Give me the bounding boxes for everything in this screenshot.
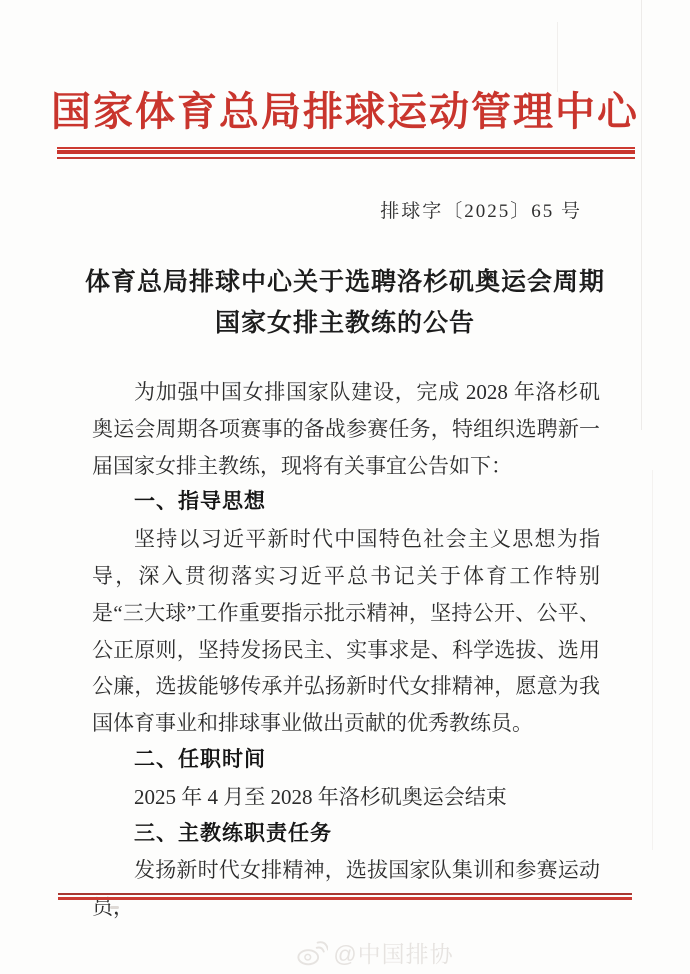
body-paragraph: 为加强中国女排国家队建设，完成 2028 年洛杉矶奥运会周期各项赛事的备战参赛任… xyxy=(92,374,600,484)
section-heading-3: 三、主教练职责任务 xyxy=(92,816,600,853)
weibo-icon xyxy=(296,939,328,966)
section-heading-2: 二、任职时间 xyxy=(92,742,600,779)
body-paragraph: 坚持以习近平新时代中国特色社会主义思想为指导，深入贯彻落实习近平总书记关于体育工… xyxy=(92,521,600,742)
document-number: 排球字〔2025〕65 号 xyxy=(380,196,582,223)
letterhead-org-name: 国家体育总局排球运动管理中心 xyxy=(0,80,690,137)
bottom-red-rule xyxy=(58,893,632,900)
letterhead-red-rule xyxy=(57,147,635,159)
document-body: 为加强中国女排国家队建设，完成 2028 年洛杉矶奥运会周期各项赛事的备战参赛任… xyxy=(92,374,600,926)
document-title: 体育总局排球中心关于选聘洛杉矶奥运会周期 国家女排主教练的公告 xyxy=(45,262,645,344)
watermark: @中国排协 xyxy=(30,936,690,969)
scan-artifact-line xyxy=(641,0,642,430)
red-rule-thin-bottom xyxy=(57,157,635,159)
scan-artifact-line xyxy=(652,470,653,850)
body-paragraph: 2025 年 4 月至 2028 年洛杉矶奥运会结束 xyxy=(92,779,600,816)
section-heading-1: 一、指导思想 xyxy=(92,484,600,521)
red-rule-thin-top xyxy=(58,893,632,895)
document-title-line2: 国家女排主教练的公告 xyxy=(45,303,645,344)
red-rule-thin-top xyxy=(57,147,635,149)
body-paragraph: 发扬新时代女排精神，选拔国家队集训和参赛运动员， xyxy=(92,852,600,926)
red-rule-thick xyxy=(58,897,632,900)
document-title-line1: 体育总局排球中心关于选聘洛杉矶奥运会周期 xyxy=(45,262,645,303)
watermark-text: @中国排协 xyxy=(333,936,453,969)
red-rule-thick xyxy=(57,150,635,154)
